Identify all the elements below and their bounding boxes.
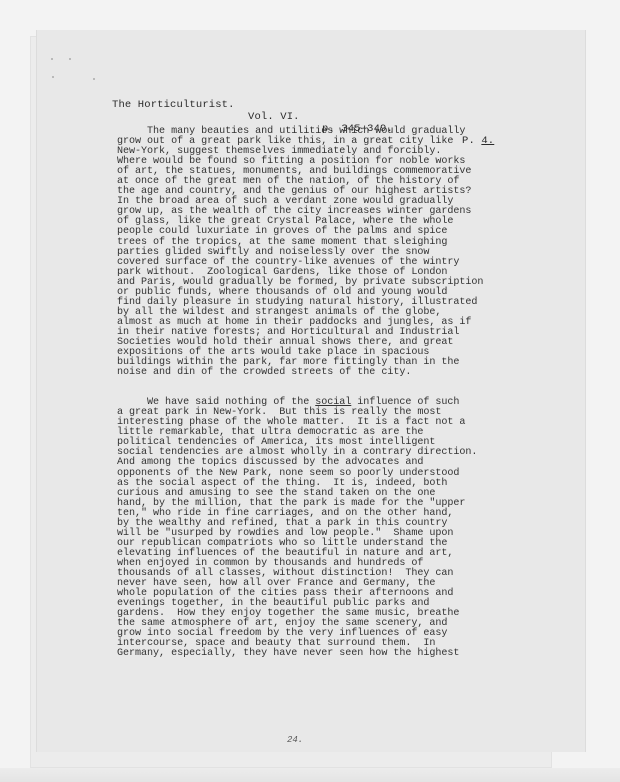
handwritten-page-mark: 24. (287, 735, 303, 745)
text-line: people could luxuriate in groves of the … (117, 227, 537, 237)
document-body: The many beauties and utilities which wo… (117, 127, 537, 659)
volume-label: Vol. VI. (248, 111, 300, 123)
publication-title: The Horticulturist. (112, 99, 235, 111)
page-shadow (0, 768, 620, 782)
paragraph-1: The many beauties and utilities which wo… (117, 127, 537, 378)
punch-hole-mark (69, 58, 71, 60)
punch-hole-mark (93, 78, 95, 80)
text-line: Germany, especially, they have never see… (117, 649, 537, 659)
text-line: And among the topics discussed by the ad… (117, 458, 537, 468)
text-line: noise and din of the crowded streets of … (117, 368, 537, 378)
punch-hole-mark (51, 58, 53, 60)
punch-hole-mark (52, 76, 54, 78)
paragraph-2: We have said nothing of the social influ… (117, 398, 537, 659)
